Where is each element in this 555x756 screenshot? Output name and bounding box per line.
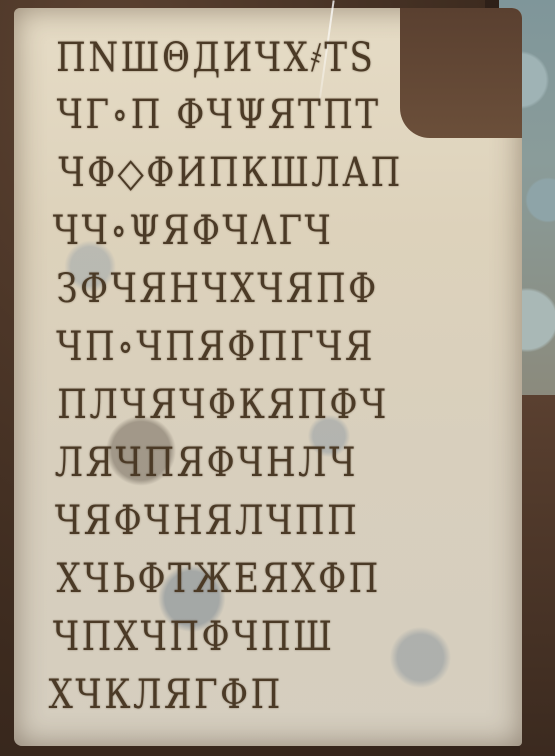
- inscription-line: ЛЯЧПЯΦЧНЛЧ: [28, 434, 508, 492]
- inscription-line: ЧПХЧПΦЧΠШ: [28, 608, 508, 666]
- adjacent-stone-shadow: [520, 395, 555, 756]
- inscription-line: ПЛЧЯЧΦКЯΠΦЧ: [28, 376, 508, 434]
- inscription-line: ЧΦ◇ΦИПКШЛАП: [28, 144, 508, 202]
- inscription-line: ЧΠ∘ЧПЯΦΠΓЧЯ: [28, 318, 508, 376]
- inscription-line: ΠΝШΘДИЧХ҂ТЅ: [28, 28, 508, 86]
- inscription-line: ХЧЬΦТЖЕЯХΦП: [28, 550, 508, 608]
- inscription-line: ХЧКЛЯΓΦΠ: [28, 666, 508, 724]
- inscription-line: ЧЧ∘ΨЯΦЧΛΓЧ: [28, 202, 508, 260]
- inscription-line: ЧΓ∘Π ΦЧΨЯТПТ: [28, 86, 508, 144]
- inscription-line: ЗΦЧЯНЧХЧЯПΦ: [28, 260, 508, 318]
- inscription-line: ЧЯΦЧНЯЛЧΠΠ: [28, 492, 508, 550]
- inscription: ΠΝШΘДИЧХ҂ТЅ ЧΓ∘Π ΦЧΨЯТПТ ЧΦ◇ΦИПКШЛАП ЧЧ∘…: [28, 28, 508, 724]
